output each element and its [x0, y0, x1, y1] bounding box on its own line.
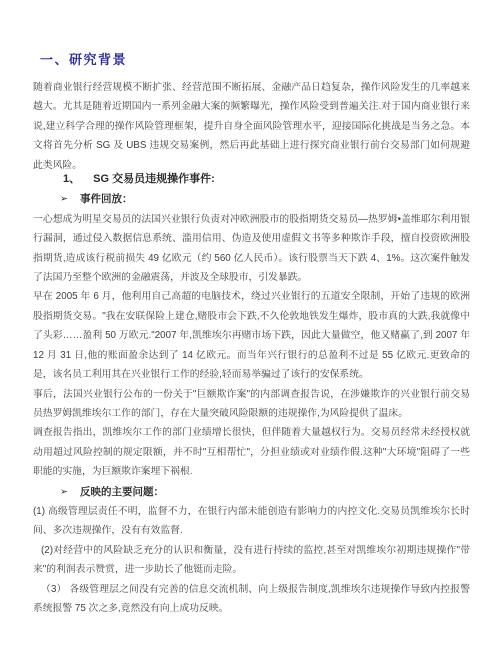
heading-number: 1、: [63, 170, 80, 189]
heading-sg-incident-label: SG 交易员违规操作事件:: [93, 173, 215, 185]
arrow-bullet-icon: ➢: [60, 482, 68, 501]
problem-item-1: (1) 高级管理层责任不明，监督不力，在银行内部未能创造有影响力的内控文化.交易…: [33, 502, 470, 541]
subheading-main-problems: ➢反映的主要问题：: [60, 483, 470, 502]
arrow-bullet-icon: ➢: [60, 190, 68, 209]
subheading-event-replay: ➢事件回放：: [60, 190, 470, 209]
problem-item-2: (2)对经营中的风险缺乏充分的认识和衡量，没有进行持续的监控,甚至对凯维埃尔初期…: [33, 541, 470, 580]
subheading-event-replay-label: 事件回放：: [80, 193, 133, 205]
heading-sg-incident: 1、SG 交易员违规操作事件:: [63, 170, 470, 189]
paragraph-investigation-findings: 调查报告指出，凯维埃尔工作的部门业绩增长很快，但伴随着大量越权行为。交易员经常未…: [33, 423, 470, 481]
document-page: 一、研究背景 随着商业银行经营规模不断扩张、经营范围不断拓展、金融产品日趋复杂，…: [0, 0, 502, 649]
paragraph-internal-investigation: 事后，法国兴业银行公布的一份关于"巨额欺诈案"的内部调查报告说，在涉嫌欺诈的兴业…: [33, 385, 470, 424]
problem-item-3: （3） 各级管理层之间没有完善的信息交流机制、向上级报告制度,凯维埃尔违规操作导…: [33, 580, 470, 619]
paragraph-event-kerviel-fraud: 一心想成为明星交易员的法国兴业银行负责对冲欧洲股市的股指期货交易员—热罗姆•盖维…: [33, 210, 470, 288]
paragraph-intro: 随着商业银行经营规模不断扩张、经营范围不断拓展、金融产品日趋复杂，操作风险发生的…: [33, 78, 470, 175]
subheading-main-problems-label: 反映的主要问题：: [80, 486, 164, 498]
section-title-research-background: 一、研究背景: [40, 52, 470, 67]
paragraph-event-2005-trades: 早在 2005 年 6 月，他利用自己高超的电脑技术，绕过兴业银行的五道安全限制…: [33, 287, 470, 384]
